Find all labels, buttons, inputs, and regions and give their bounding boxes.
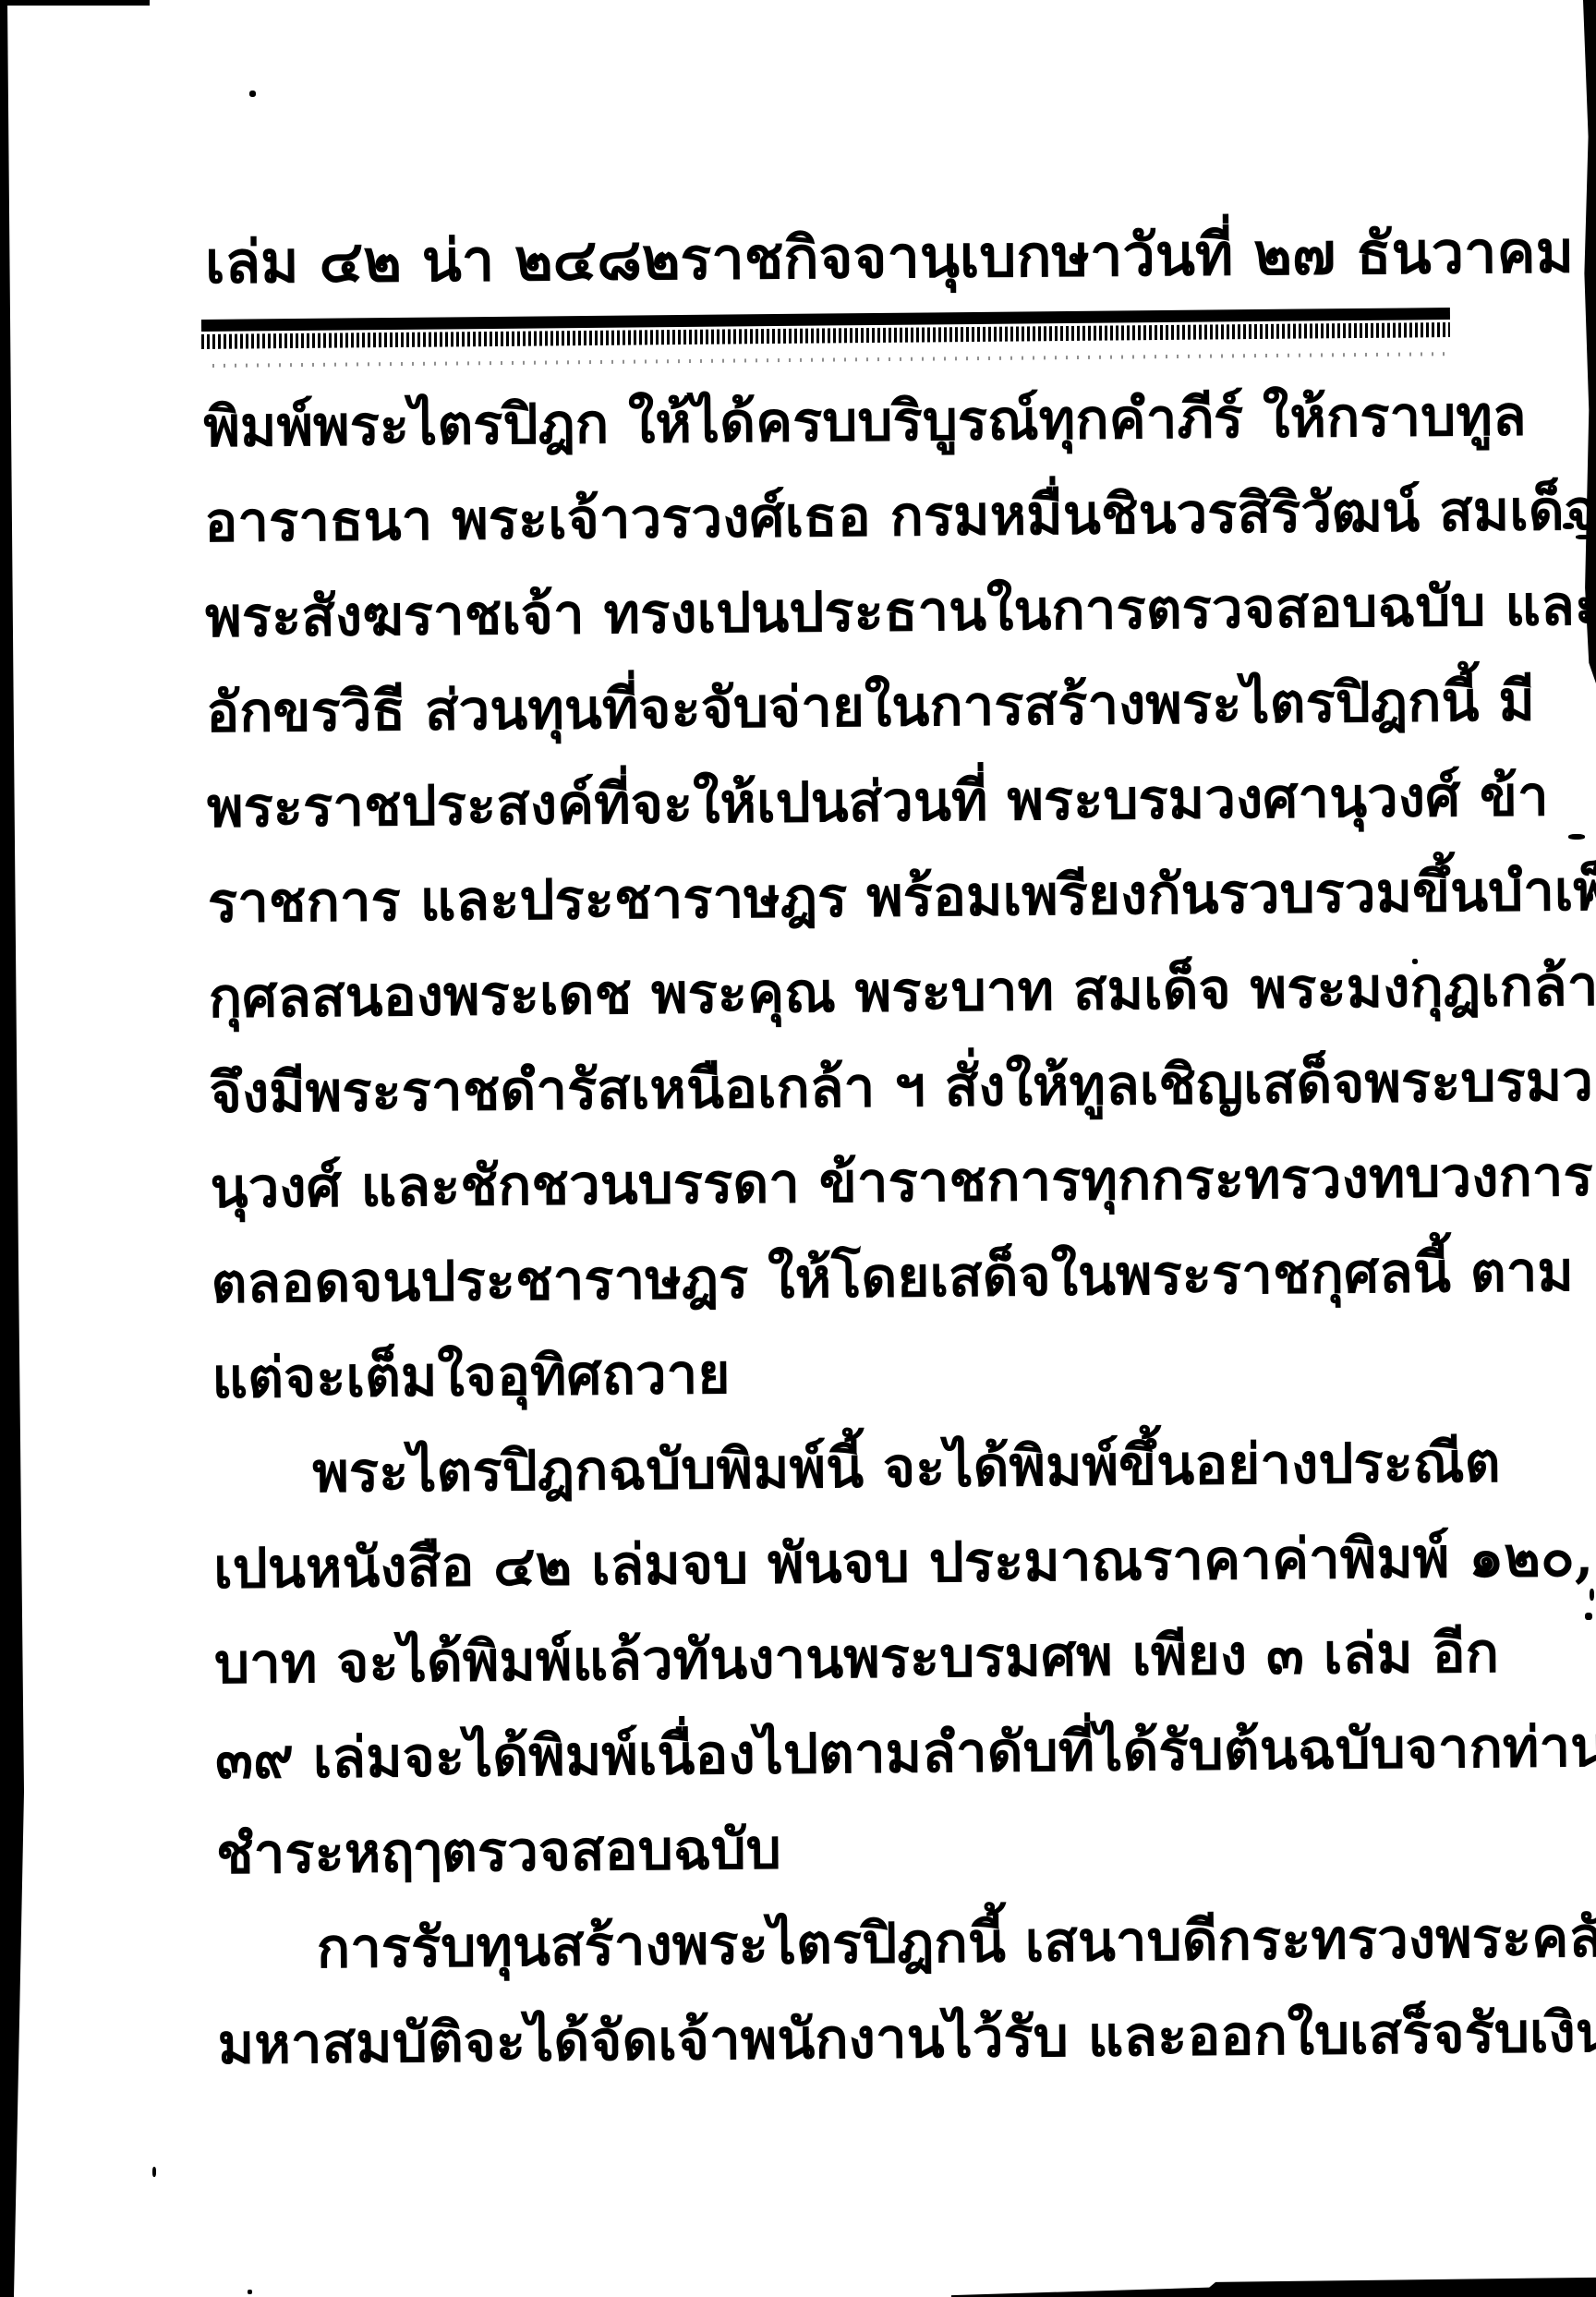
text-line: พิมพ์พระไตรปิฎก ให้ได้ครบบริบูรณ์ทุกคำภี… <box>203 369 1446 476</box>
header-volume-page: เล่ม ๔๒ น่า ๒๔๘๒ <box>205 212 681 308</box>
scan-speck <box>152 2167 156 2177</box>
scan-speck <box>1563 523 1574 529</box>
text-line: ๓๙ เล่มจะได้พิมพ์เนื่องไปตามลำดับที่ได้ร… <box>215 1701 1458 1807</box>
text-line: จึงมีพระราชดำรัสเหนือเกล้า ฯ สั่งให้ทูลเ… <box>209 1035 1452 1142</box>
text-line-paragraph-end: ชำระหฤๅตรวจสอบฉบับ <box>215 1796 1458 1903</box>
text-line: กุศลสนองพระเดช พระคุณ พระบาท สมเด็จ พระม… <box>208 940 1451 1046</box>
text-line-paragraph-start: พระไตรปิฎกฉบับพิมพ์นี้ จะได้พิมพ์ขึ้นอย่… <box>212 1416 1456 1522</box>
header-rule-speckle <box>212 352 1450 368</box>
text-line: พระราชประสงค์ที่จะให้เปนส่วนที่ พระบรมวง… <box>207 750 1450 856</box>
text-line: ราชการ และประชาราษฎร พร้อมเพรียงกันรวบรว… <box>207 845 1450 951</box>
body-text-block: พิมพ์พระไตรปิฎก ให้ได้ครบบริบูรณ์ทุกคำภี… <box>203 369 1460 2093</box>
text-line: ตลอดจนประชาราษฎร ให้โดยเสด็จในพระราชกุศล… <box>211 1226 1454 1332</box>
text-line: พระสังฆราชเจ้า ทรงเปนประธานในการตรวจสอบฉ… <box>205 560 1448 666</box>
text-line: เปนหนังสือ ๔๒ เล่มจบ พันจบ ประมาณราคาค่า… <box>213 1511 1457 1617</box>
scan-edge-bottom <box>951 2276 1596 2297</box>
text-line: อักขรวิธี ส่วนทุนที่จะจับจ่ายในการสร้างพ… <box>206 655 1449 761</box>
scan-speck <box>1568 834 1585 840</box>
scan-speck <box>1590 1589 1594 1601</box>
text-line-paragraph-end: แต่จะเต็มใจอุทิศถวาย <box>212 1321 1455 1427</box>
text-line: นุวงศ์ และชักชวนบรรดา ข้าราชการทุกกระทรว… <box>210 1130 1453 1237</box>
scan-speck <box>1576 535 1590 539</box>
header-gazette-title: ราชกิจจานุเบกษา <box>680 209 1123 305</box>
scan-speck <box>1585 1613 1592 1620</box>
page-header: เล่ม ๔๒ น่า ๒๔๘๒ ราชกิจจานุเบกษา วันที่ … <box>205 206 1448 308</box>
scan-speck <box>1587 892 1593 901</box>
scan-speck <box>249 91 256 97</box>
text-line-paragraph-start: การรับทุนสร้างพระไตรปิฎกนี้ เสนาบดีกระทร… <box>216 1892 1459 1998</box>
scan-speck <box>248 2290 252 2294</box>
gazette-scanned-page: เล่ม ๔๒ น่า ๒๔๘๒ ราชกิจจานุเบกษา วันที่ … <box>0 0 1596 2297</box>
header-date: วันที่ ๒๗ ธันวาคม ๒๔๖๘ <box>1122 204 1596 301</box>
text-line: บาท จะได้พิมพ์แล้วทันงานพระบรมศพ เพียง ๓… <box>214 1606 1457 1712</box>
text-line: อาราธนา พระเจ้าวรวงศ์เธอ กรมหมื่นชินวรสิ… <box>204 465 1447 571</box>
scan-speck <box>1412 959 1418 964</box>
scan-edge-top <box>0 0 150 6</box>
text-line: มหาสมบัติจะได้จัดเจ้าพนักงานไว้รับ และออ… <box>217 1987 1460 2093</box>
scan-edge-left <box>0 0 24 2297</box>
